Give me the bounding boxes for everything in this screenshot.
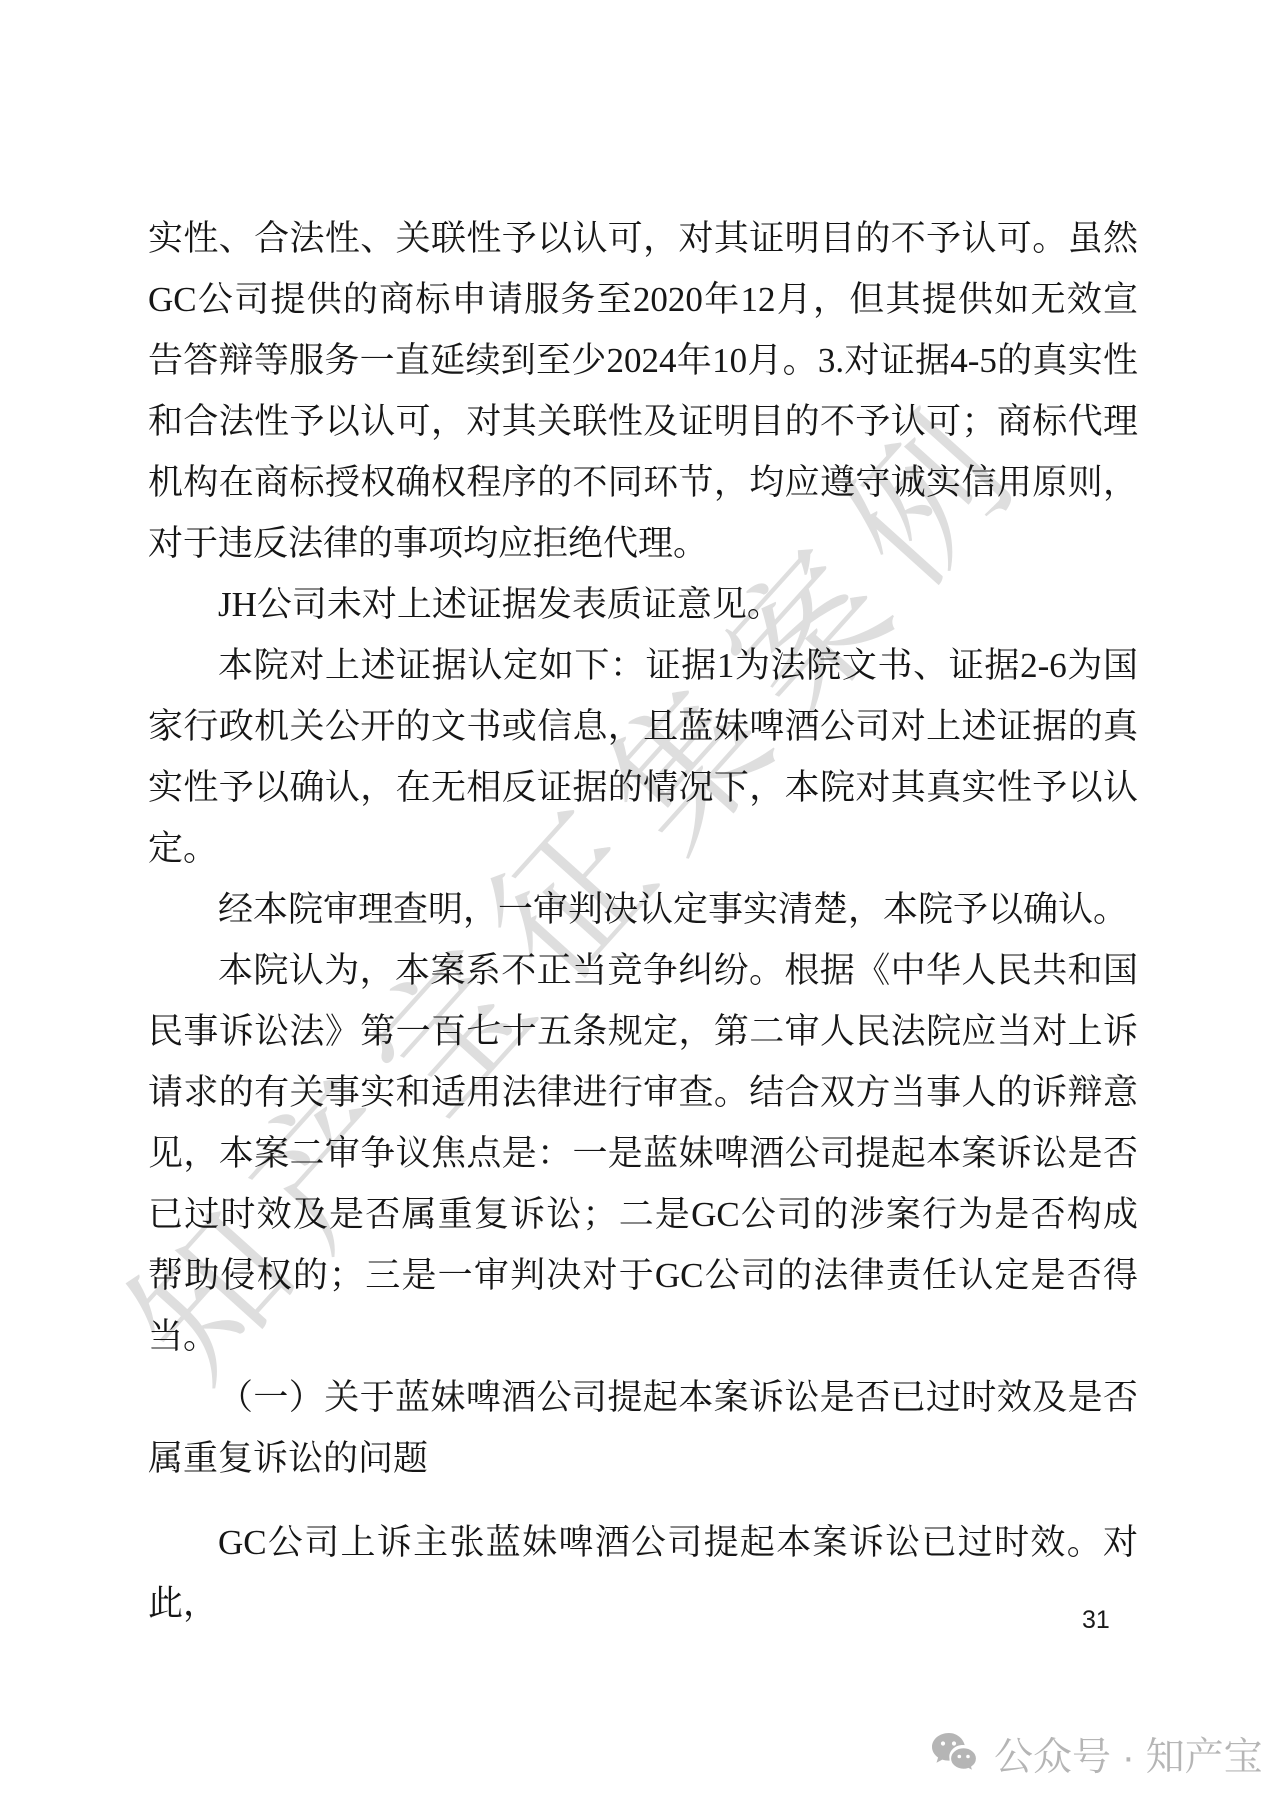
paragraph-court-opinion-dispute-focus: 本院认为，本案系不正当竞争纠纷。根据《中华人民共和国民事诉讼法》第一百七十五条规… (148, 940, 1138, 1367)
paragraph-evidence-opinion-continued: 实性、合法性、关联性予以认可，对其证明目的不予认可。虽然GC公司提供的商标申请服… (148, 208, 1138, 574)
document-page: 知产宝征集案例 实性、合法性、关联性予以认可，对其证明目的不予认可。虽然GC公司… (0, 0, 1280, 1810)
paragraph-gc-appeal-claim: GC公司上诉主张蓝妹啤酒公司提起本案诉讼已过时效。对此， (148, 1512, 1138, 1634)
paragraph-court-evidence-finding: 本院对上述证据认定如下：证据1为法院文书、证据2-6为国家行政机关公开的文书或信… (148, 635, 1138, 879)
wechat-account-label: 公众号 · 知产宝 (994, 1726, 1263, 1782)
paragraph-issue-one-heading: （一）关于蓝妹啤酒公司提起本案诉讼是否已过时效及是否属重复诉讼的问题 (148, 1367, 1138, 1489)
wechat-icon (930, 1732, 982, 1776)
judgment-body-text: 实性、合法性、关联性予以认可，对其证明目的不予认可。虽然GC公司提供的商标申请服… (148, 208, 1138, 1634)
wechat-footer: 公众号 · 知产宝 (930, 1726, 1263, 1782)
paragraph-facts-confirmed: 经本院审理查明，一审判决认定事实清楚，本院予以确认。 (148, 879, 1138, 940)
paragraph-jh-no-cross-examination: JH公司未对上述证据发表质证意见。 (148, 574, 1138, 635)
page-number: 31 (1082, 1606, 1110, 1635)
